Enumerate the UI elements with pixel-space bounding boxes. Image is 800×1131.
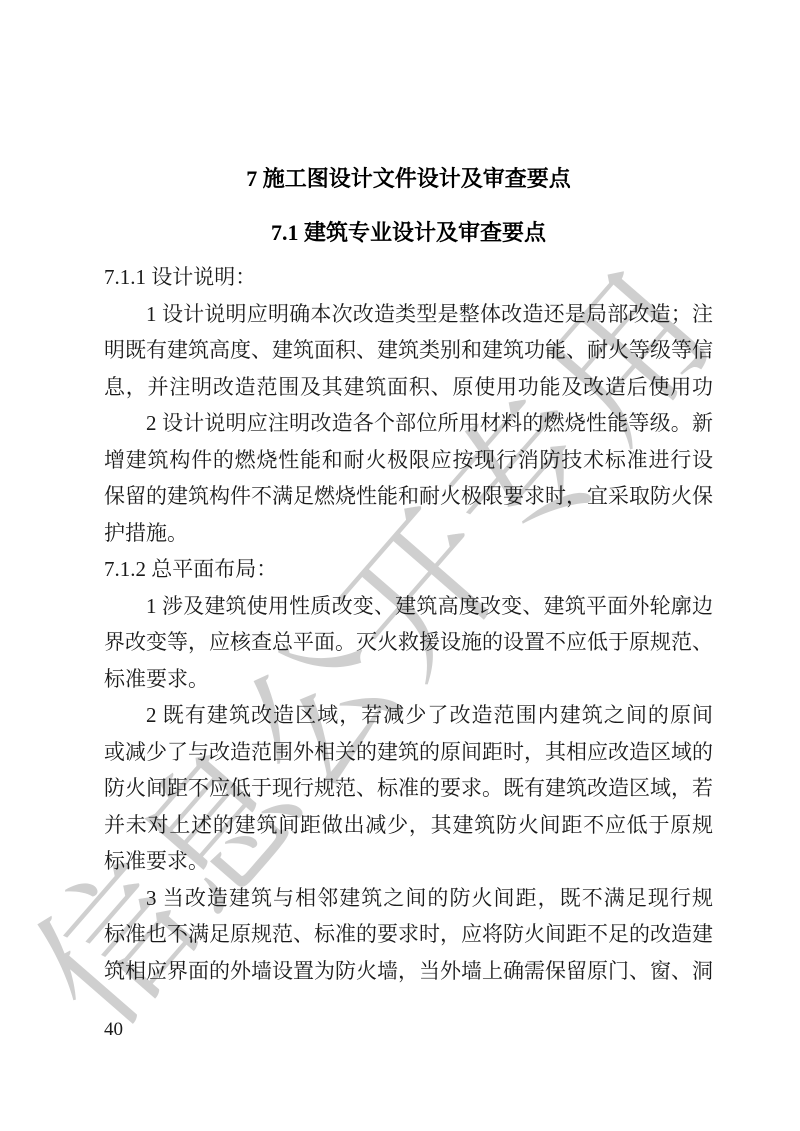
text-line: 保留的建筑构件不满足燃烧性能和耐火极限要求时，宜采取防火保 bbox=[104, 478, 713, 515]
body-lines: 7.1.1 设计说明：1 设计说明应明确本次改造类型是整体改造还是局部改造；注明… bbox=[104, 259, 713, 989]
text-line: 增建筑构件的燃烧性能和耐火极限应按现行消防技术标准进行设计； bbox=[104, 442, 713, 479]
page-number: 40 bbox=[104, 1016, 123, 1044]
text-line: 2 既有建筑改造区域，若减少了改造范围内建筑之间的原间距， bbox=[104, 697, 713, 734]
text-line: 标准也不满足原规范、标准的要求时，应将防火间距不足的改造建 bbox=[104, 916, 713, 953]
text-line: 明既有建筑高度、建筑面积、建筑类别和建筑功能、耐火等级等信 bbox=[104, 332, 713, 369]
text-line: 3 当改造建筑与相邻建筑之间的防火间距，既不满足现行规范、 bbox=[104, 880, 713, 917]
text-line: 7.1.1 设计说明： bbox=[104, 259, 713, 296]
page-content: 7 施工图设计文件设计及审查要点 7.1 建筑专业设计及审查要点 7.1.1 设… bbox=[104, 0, 713, 989]
text-line: 筑相应界面的外墙设置为防火墙，当外墙上确需保留原门、窗、洞 bbox=[104, 953, 713, 990]
text-line: 防火间距不应低于现行规范、标准的要求。既有建筑改造区域，若 bbox=[104, 770, 713, 807]
text-line: 7.1.2 总平面布局： bbox=[104, 551, 713, 588]
section-title: 7.1 建筑专业设计及审查要点 bbox=[104, 218, 713, 248]
text-line: 护措施。 bbox=[104, 515, 713, 552]
chapter-title: 7 施工图设计文件设计及审查要点 bbox=[104, 164, 713, 194]
text-line: 1 设计说明应明确本次改造类型是整体改造还是局部改造；注 bbox=[104, 296, 713, 333]
text-line: 界改变等，应核查总平面。灭火救援设施的设置不应低于原规范、 bbox=[104, 624, 713, 661]
text-line: 或减少了与改造范围外相关的建筑的原间距时，其相应改造区域的 bbox=[104, 734, 713, 771]
text-line: 2 设计说明应注明改造各个部位所用材料的燃烧性能等级。新 bbox=[104, 405, 713, 442]
text-line: 并未对上述的建筑间距做出减少，其建筑防火间距不应低于原规范、 bbox=[104, 807, 713, 844]
text-line: 标准要求。 bbox=[104, 661, 713, 698]
text-line: 息，并注明改造范围及其建筑面积、原使用功能及改造后使用功能。 bbox=[104, 369, 713, 406]
text-line: 标准要求。 bbox=[104, 843, 713, 880]
text-line: 1 涉及建筑使用性质改变、建筑高度改变、建筑平面外轮廓边 bbox=[104, 588, 713, 625]
document-page: 信息公开专用 7 施工图设计文件设计及审查要点 7.1 建筑专业设计及审查要点 … bbox=[0, 0, 800, 1131]
